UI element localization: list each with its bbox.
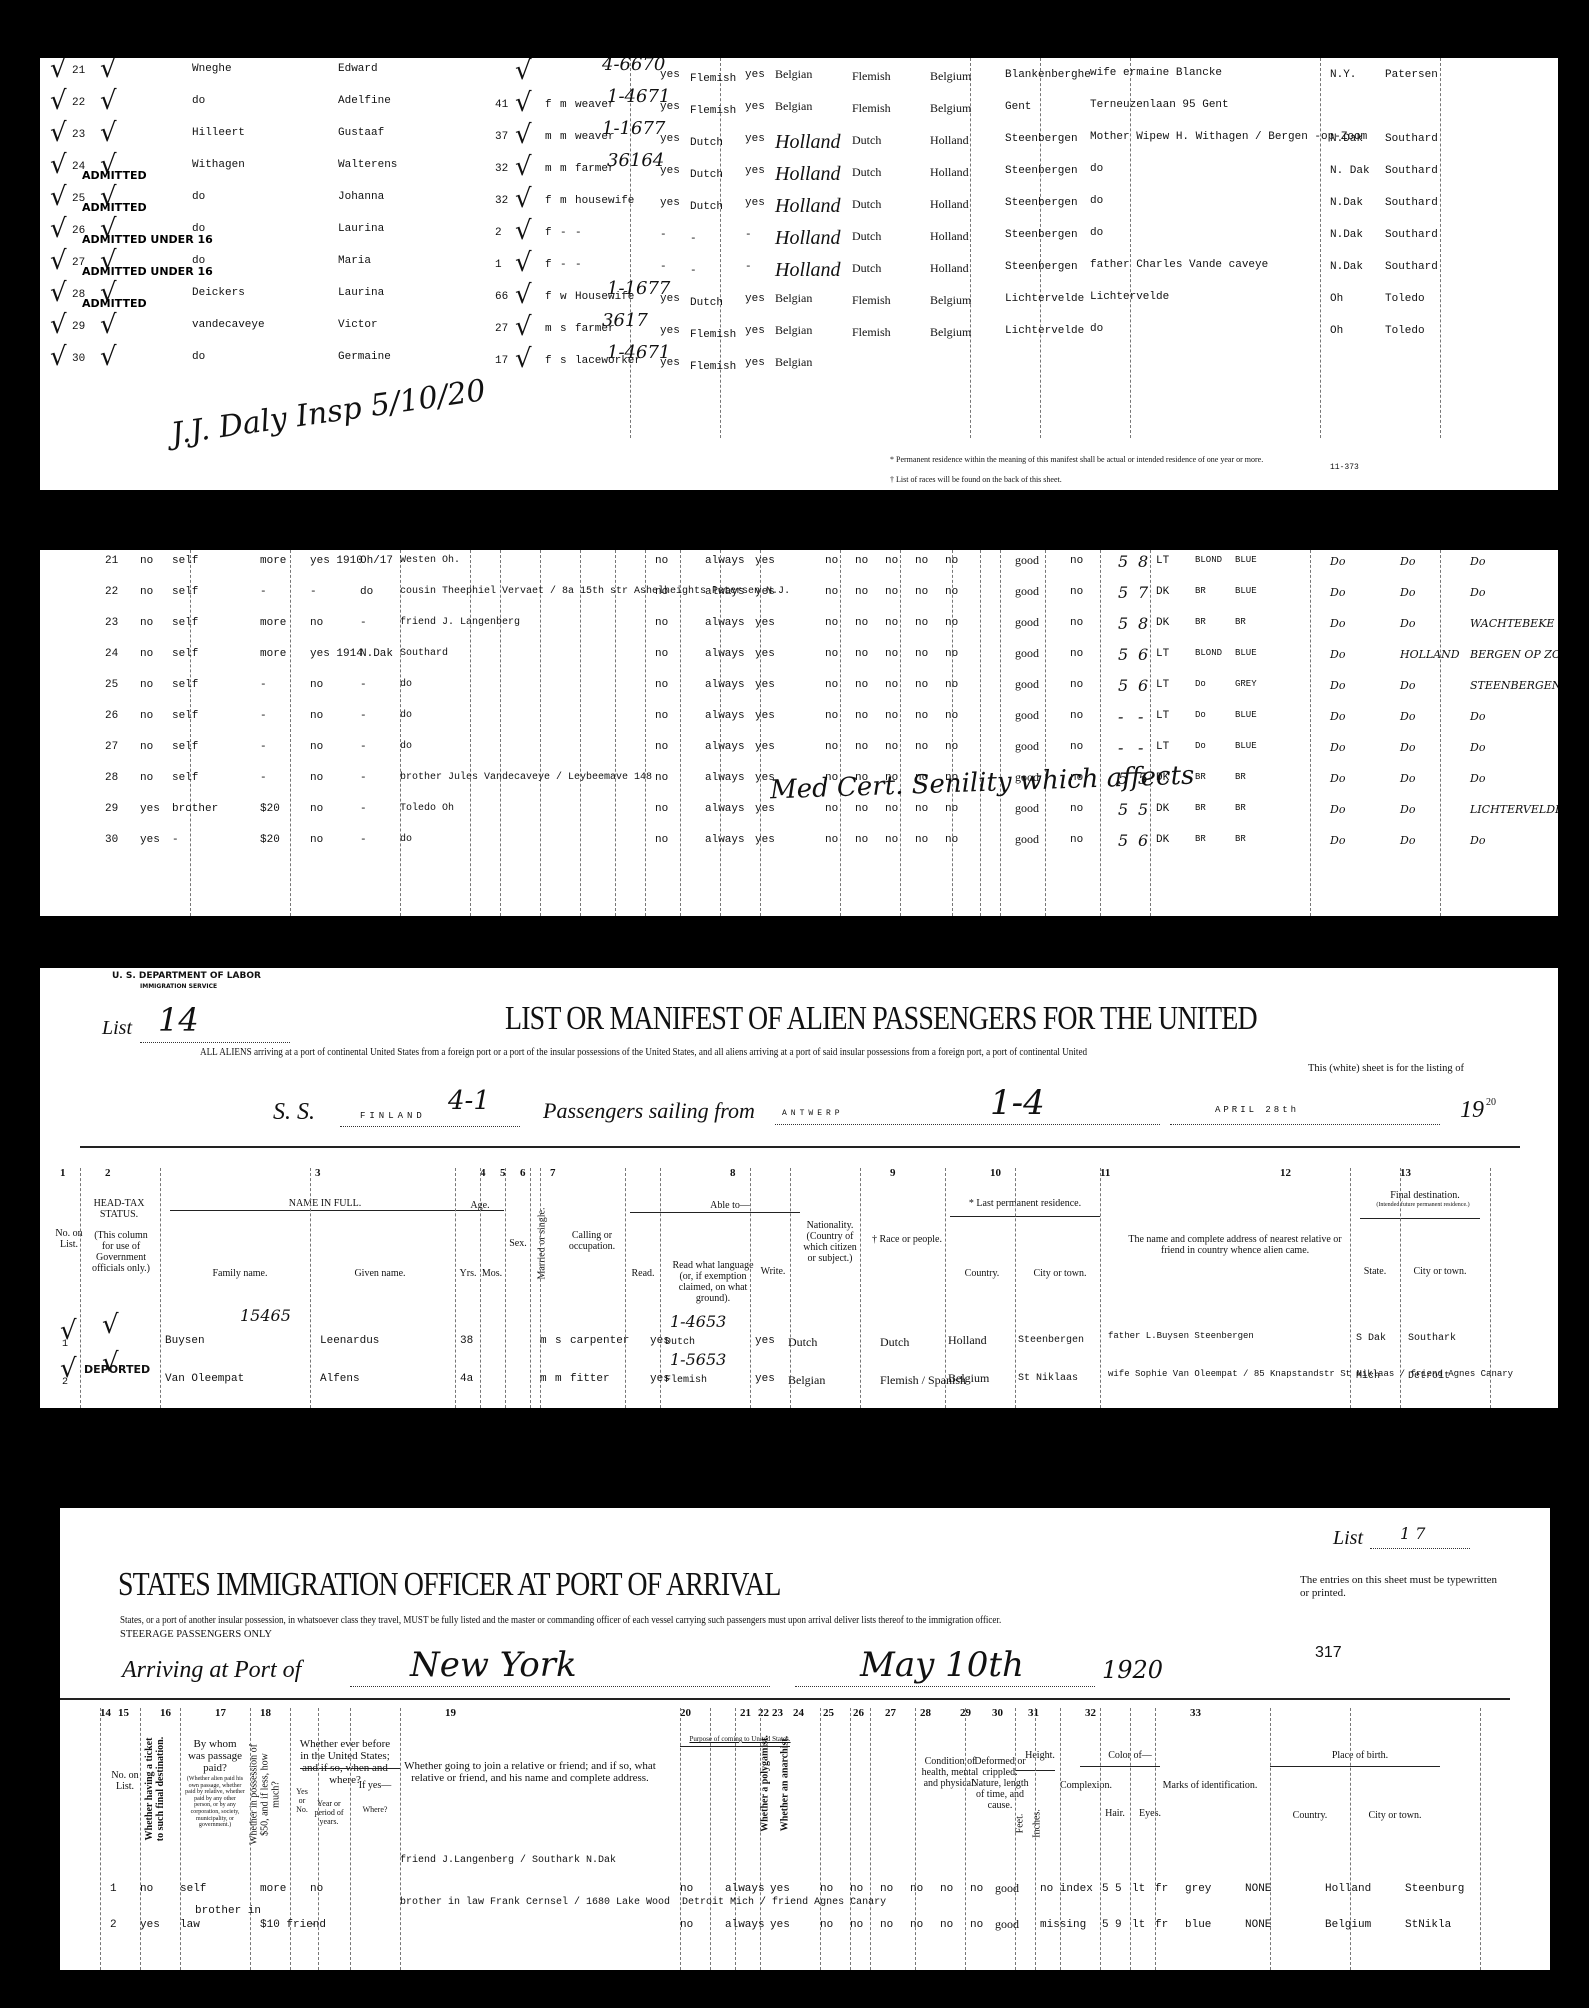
column-rule [350,1708,351,1970]
identification-marks: Do [1330,587,1345,598]
birth-city: Do [1470,556,1485,567]
header-able-to: Able to— [680,1200,780,1211]
hair: BR [1195,773,1206,782]
before-in-us: yes 1914 [310,649,363,660]
check-mark: √ [515,250,532,276]
port-annotation: 1-4 [990,1086,1045,1120]
height-feet: - [1118,709,1123,725]
birth-country: Do [1400,587,1415,598]
paid-by: - [172,835,179,846]
sex: m [540,1336,547,1347]
column-number: 33 [1190,1708,1201,1719]
city: Steenbergen [1005,230,1078,241]
column-rule [1100,1708,1101,1970]
family-name: do [192,256,205,267]
deformed: no [1070,742,1083,753]
birth-country: Do [1400,618,1415,629]
eyes: BR [1235,804,1246,813]
complexion: DK [1156,804,1169,815]
header-relative: Whether going to join a relative or frie… [400,1760,660,1784]
money: more [260,556,286,567]
header-final-dest-note: (Intended future permanent residence.) [1358,1202,1488,1209]
before-in-us: - [310,587,317,598]
column-rule [1040,58,1041,438]
header-paid-by-note: (Whether alien paid his own passage, whe… [185,1776,245,1829]
relative-address: do [400,680,412,690]
identification-marks: Do [1330,804,1345,815]
language-annotation: 1-4653 [670,1314,726,1330]
nationality: Holland [775,228,841,248]
list-underline [140,1042,290,1043]
identification-marks: Do [1330,742,1345,753]
complexion: lt [1132,1884,1145,1895]
height-inches: 8 [1138,616,1148,632]
destination-state: N.Dak [1330,262,1363,273]
ship-annotation: 4-1 [448,1088,490,1114]
purpose-answer: no [655,649,668,660]
relative-address: brother in law Frank Cernsel / 1680 Lake… [400,1898,886,1908]
year-prefix: 19 [1460,1098,1484,1122]
column-rule [1100,1168,1101,1408]
header-hair: Hair. [1100,1808,1130,1819]
age: 32 [495,164,508,175]
flag-answer: no [850,1920,863,1931]
steerage-label: STEERAGE PASSENGERS ONLY [120,1630,272,1641]
column-rule [760,550,761,916]
purpose-answer: no [655,804,668,815]
row-number: 21 [72,66,85,77]
birth-city: Do [1470,587,1485,598]
purpose-answer: always [725,1884,765,1895]
check-mark: √ [100,120,117,146]
header-rule [950,1216,1100,1217]
marital-status: m [560,132,567,143]
check-mark: √ [515,346,532,372]
column-rule [1480,1708,1481,1970]
column-number: 12 [1280,1168,1291,1179]
before-in-us: no [310,804,323,815]
ticket: no [140,618,153,629]
purpose-answer: always [705,649,745,660]
flag-answer: no [885,618,898,629]
age: 27 [495,324,508,335]
column-rule [790,1168,791,1408]
status-stamp: ADMITTED [82,298,147,309]
column-rule [500,550,501,916]
language: - [690,234,697,245]
purpose-answer: yes [755,835,775,846]
money: $20 [260,804,280,815]
birth-city: Do [1470,742,1485,753]
language: Dutch [690,138,723,149]
birth-country: Do [1400,711,1415,722]
sex: m [540,1374,547,1385]
money: - [260,711,267,722]
header-no-on-list: No. on List. [110,1770,140,1792]
money: more [260,649,286,660]
before-in-us: no [310,835,323,846]
city: St Niklaas [1018,1374,1078,1384]
year-suffix: 20 [1486,1098,1496,1108]
nationality: Holland [775,260,841,280]
read: yes [660,134,680,145]
given-name: Leenardus [320,1336,379,1347]
manifest-title: STATES IMMIGRATION OFFICER AT PORT OF AR… [118,1568,781,1602]
height-inches: - [1138,740,1143,756]
list-label: List [1333,1528,1363,1548]
column-number: 31 [1028,1708,1039,1719]
occupation: - [575,228,582,239]
purpose-answer: yes [755,742,775,753]
flag-answer: no [880,1884,893,1895]
destination-state: N.Dak [1330,230,1363,241]
birth-city: WACHTEBEKE [1470,618,1554,629]
column-rule [530,1168,531,1408]
identification-marks: Do [1330,556,1345,567]
header-head-tax: HEAD-TAX STATUS. [84,1198,154,1220]
list-number: 1 7 [1400,1526,1425,1542]
language: Flemish [690,330,736,341]
height-feet: 5 [1118,833,1128,849]
column-rule [540,550,541,916]
ship-underline [340,1126,520,1127]
relative-address: Westen Oh. [400,556,460,566]
header-ticket: Whether having a ticket to such final de… [144,1734,166,1844]
sex: m [545,164,552,175]
purpose-answer: always [705,804,745,815]
column-number: 6 [520,1168,526,1179]
purpose-answer: yes [755,711,775,722]
flag-answer: no [945,587,958,598]
column-rule [160,1168,161,1408]
column-rule [860,1168,861,1408]
country: Belgium [930,326,971,338]
relative-address: Lichtervelde [1090,292,1169,303]
read: yes [660,70,680,81]
where: - [360,680,367,691]
column-rule [1320,58,1321,438]
column-rule [290,550,291,916]
flag-answer: no [885,587,898,598]
column-rule [965,1708,966,1970]
complexion: LT [1156,711,1169,722]
purpose-answer: yes [755,804,775,815]
flag-answer: no [885,742,898,753]
age: 17 [495,356,508,367]
column-rule [680,550,681,916]
purpose-answer: no [655,680,668,691]
check-mark: √ [100,312,117,338]
hair: BR [1195,835,1206,844]
flag-answer: no [940,1884,953,1895]
eyes: BLUE [1235,649,1257,658]
read: - [660,230,667,241]
header-if-yes: If yes— [355,1780,395,1791]
read: - [660,262,667,273]
family-name: do [192,192,205,203]
health: good [1015,585,1039,597]
birth-city: Steenburg [1405,1884,1464,1895]
purpose-answer: yes [770,1884,790,1895]
row-number: 21 [105,556,118,567]
destination-city: Southard [1385,230,1438,241]
deformed: no [1070,711,1083,722]
before-in-us: no [310,711,323,722]
paid-by-extra: brother in [195,1906,261,1917]
typewritten-note: The entries on this sheet must be typewr… [1300,1574,1500,1600]
hair: fr [1155,1920,1168,1931]
header-head-tax-note: (This column for use of Government offic… [88,1230,154,1274]
column-number: 25 [823,1708,834,1719]
occupation: farmer [575,164,615,175]
arrival-port: New York [410,1648,577,1682]
service-label: IMMIGRATION SERVICE [140,984,217,990]
read: yes [660,358,680,369]
deformed: no [1070,587,1083,598]
height-inches: 8 [1138,554,1148,570]
check-mark: √ [50,280,67,306]
relative-address: brother Jules Vandecaveye / Leybeemave 1… [400,773,652,783]
where: - [360,835,367,846]
purpose-answer: no [655,773,668,784]
row-number: 29 [105,804,118,815]
column-rule [250,1708,251,1970]
birth-country: Holland [1325,1884,1371,1895]
row-number: 28 [105,773,118,784]
before-in-us: - [310,1920,317,1931]
flag-answer: no [915,804,928,815]
column-rule [580,550,581,916]
given-name: Victor [338,320,378,331]
given-name: Laurina [338,224,384,235]
family-name: do [192,224,205,235]
header-read: Read. [628,1268,658,1279]
ticket: no [140,680,153,691]
eyes: BLUE [1235,556,1257,565]
purpose-answer: no [680,1884,693,1895]
complexion: lt [1132,1920,1145,1931]
flag-answer: no [915,835,928,846]
header-sex: Sex. [508,1238,528,1249]
ticket: no [140,649,153,660]
health: good [995,1918,1019,1930]
arrival-year: 1920 [1102,1658,1163,1682]
nationality: Belgian [775,100,812,112]
check-mark: √ [515,90,532,116]
nationality: Belgian [775,292,812,304]
deformed: no index [1040,1884,1093,1895]
column-number: 17 [215,1708,226,1719]
destination-city: Southard [1385,134,1438,145]
list-number: 14 [158,1004,199,1036]
column-number: 23 [772,1708,783,1719]
column-rule [505,1168,506,1408]
hair: Do [1195,711,1206,720]
header-write: Write. [758,1266,788,1277]
handwritten-annotation: 15465 [240,1308,291,1324]
health: good [995,1882,1019,1894]
flag-answer: no [915,680,928,691]
status-stamp: ADMITTED UNDER 16 [82,234,213,245]
check-mark: √ [50,152,67,178]
footnote-residence: * Permanent residence within the meaning… [890,456,1263,464]
header-dest-city: City or town. [1405,1266,1475,1277]
header-family-name: Family name. [180,1268,300,1279]
flag-answer: no [855,649,868,660]
language: - [690,266,697,277]
column-number: 14 [100,1708,111,1719]
height-feet: 5 [1118,554,1128,570]
column-rule [1015,1168,1016,1408]
flag-answer: no [915,618,928,629]
marital-status: m [560,196,567,207]
flag-answer: no [945,742,958,753]
birth-city: BERGEN OP ZOOM [1470,649,1558,660]
column-rule [100,1708,101,1970]
column-rule [400,550,401,916]
purpose-answer: no [655,835,668,846]
purpose-answer: always [705,587,745,598]
write: yes [745,134,765,145]
ticket: no [140,587,153,598]
destination-state: S Dak [1356,1334,1386,1344]
flag-answer: no [825,649,838,660]
height-inches: 5 [1115,1884,1122,1895]
column-rule [310,1168,311,1408]
destination-city: Toledo [1385,326,1425,337]
hair: fr [1155,1884,1168,1895]
before-in-us: no [310,618,323,629]
nationality: Dutch [788,1336,817,1348]
destination-state: Oh [1330,326,1343,337]
health: good [1015,647,1039,659]
flag-answer: no [945,711,958,722]
given-name: Adelfine [338,96,391,107]
relative-address: do [1090,324,1103,335]
birth-country: Belgium [1325,1920,1371,1931]
check-mark: √ [50,344,67,370]
city: Steenbergen [1005,166,1078,177]
where: - [360,711,367,722]
family-name: vandecaveye [192,320,265,331]
ticket: yes [140,1920,160,1931]
column-rule [710,1708,711,1970]
flag-answer: no [915,587,928,598]
flag-answer: no [885,680,898,691]
deformed: no [1070,649,1083,660]
ship-name: FINLAND [360,1112,426,1121]
height-feet: 5 [1118,616,1128,632]
row-number: 1 [62,1340,68,1350]
deported-stamp: DEPORTED [84,1364,150,1375]
header-rule [170,1210,460,1211]
purpose-answer: no [655,742,668,753]
column-number: 13 [1400,1168,1411,1179]
column-rule [625,1168,626,1408]
health: good [1015,802,1039,814]
language: Flemish [690,74,736,85]
given-name: Gustaaf [338,128,384,139]
race: Flemish [852,326,891,338]
column-rule [455,1168,456,1408]
city: Steenbergen [1005,134,1078,145]
column-number: 11 [1100,1168,1110,1179]
race: Flemish [852,294,891,306]
eyes: BR [1235,618,1246,627]
race: Dutch [852,198,881,210]
purpose-answer: always [705,680,745,691]
before-in-us: yes 1910 [310,556,363,567]
write: yes [745,198,765,209]
country: Holland [948,1334,987,1346]
deformed: no [1070,618,1083,629]
height-feet: 5 [1118,585,1128,601]
header-country: Country. [952,1268,1012,1279]
column-number: 24 [793,1708,804,1719]
header-race: † Race or people. [872,1234,942,1245]
column-rule [870,1708,871,1970]
identification-marks: Do [1330,618,1345,629]
given-name: Alfens [320,1374,360,1385]
where: N.Dak [360,649,393,660]
health: good [1015,616,1039,628]
sex: f [545,356,552,367]
flag-answer: no [855,618,868,629]
header-city: City or town. [1025,1268,1095,1279]
height-inches: 5 [1138,802,1148,818]
age: 4a [460,1374,473,1385]
header-paid-by: By whom was passage paid? [185,1738,245,1774]
flag-answer: no [880,1920,893,1931]
sex: f [545,196,552,207]
column-rule [1440,58,1441,438]
country: Holland [930,134,969,146]
where: - [360,804,367,815]
hair: BLOND [1195,649,1222,658]
flag-answer: no [825,587,838,598]
nationality: Holland [775,164,841,184]
paid-by: self [172,742,198,753]
identification-marks: NONE [1245,1920,1271,1931]
header-height: Height. [1020,1750,1060,1761]
flag-answer: no [915,649,928,660]
relative-address: friend J. Langenberg [400,618,520,628]
destination-state: N.Dak [1330,198,1363,209]
marital-status: m [560,100,567,111]
given-name: Edward [338,64,378,75]
purpose-answer: no [655,556,668,567]
birth-country: Do [1400,556,1415,567]
row-number: 22 [105,587,118,598]
country: Holland [930,198,969,210]
flag-answer: no [915,742,928,753]
country: Holland [930,230,969,242]
height-feet: 5 [1118,678,1128,694]
relative-address: do [400,711,412,721]
age: 66 [495,292,508,303]
health: good [1015,709,1039,721]
occupation: laceworker [575,356,641,367]
birth-country: Do [1400,680,1415,691]
column-rule [970,58,971,438]
flag-answer: no [855,680,868,691]
flag-answer: no [910,1920,923,1931]
check-mark: √ [50,88,67,114]
purpose-answer: yes [770,1920,790,1931]
flag-answer: no [855,587,868,598]
flag-answer: no [915,711,928,722]
flag-answer: no [855,556,868,567]
